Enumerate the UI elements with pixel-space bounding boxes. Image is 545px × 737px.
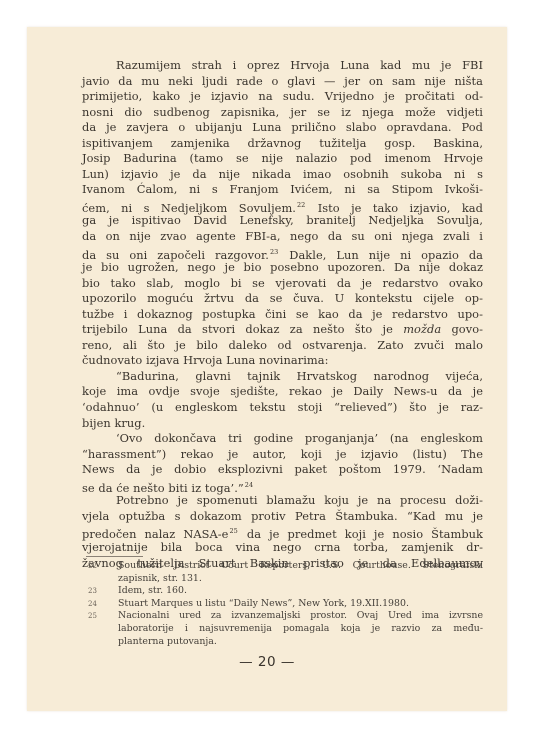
footnote-line: Southern District Court Reporters, U.S. …	[118, 560, 483, 573]
footnotes: 22 Southern District Court Reporters, U.…	[88, 560, 483, 648]
footnote-number: 22	[88, 560, 97, 573]
footnote-22: 22 Southern District Court Reporters, U.…	[88, 560, 483, 585]
footnote-number: 25	[88, 610, 97, 623]
book-page: Razumijem strah i oprez Hrvoja Luna kad …	[27, 27, 507, 711]
text-line: upozorilo moguću žrtvu da se čuva. U kon…	[82, 291, 483, 307]
text-line: Razumijem strah i oprez Hrvoja Luna kad …	[82, 58, 483, 74]
text-line: je bio ugrožen, nego je bio posebno upoz…	[82, 260, 483, 276]
text-line: ćem, ni s Nedjeljkom Sovuljem.22 Isto je…	[82, 198, 483, 214]
text-line: News da je dobio eksplozivni paket pošto…	[82, 462, 483, 478]
page-number: — 20 —	[27, 654, 507, 670]
text-line: primijetio, kako je izjavio na sudu. Vri…	[82, 89, 483, 105]
text-line: “Badurina, glavni tajnik Hrvatskog narod…	[82, 369, 483, 385]
footnote-line: zapisnik, str. 131.	[118, 573, 483, 586]
footnote-ref-23: 23	[270, 248, 278, 256]
footnote-25: 25 Nacionalni ured za izvanzemaljski pro…	[88, 610, 483, 648]
text-line: ‘odahnuo’ (u engleskom tekstu stoji “rel…	[82, 400, 483, 416]
footnote-ref-22: 22	[297, 201, 305, 209]
text-line: bio tako slab, moglo bi se vjerovati da …	[82, 276, 483, 292]
text-line: čudnovato izjava Hrvoja Luna novinarima:	[82, 353, 483, 369]
footnote-24: 24 Stuart Marques u listu “Daily News”, …	[88, 598, 483, 611]
text-line: tužbe i dokaznog postupka čini se kao da…	[82, 307, 483, 323]
footnote-line: Nacionalni ured za izvanzemaljski prosto…	[118, 610, 483, 623]
text-line: Potrebno je spomenuti blamažu koju je na…	[82, 493, 483, 509]
text-line: javio da mu neki ljudi rade o glavi — je…	[82, 74, 483, 90]
footnote-number: 24	[88, 598, 97, 611]
text-line: reno, ali što je bilo daleko od ostvaren…	[82, 338, 483, 354]
text-line: da je zavjera o ubijanju Luna prilično s…	[82, 120, 483, 136]
text-line: koje ima ovdje svoje sjedište, rekao je …	[82, 384, 483, 400]
text-line: ‘Ovo dokončava tri godine proganjanja’ (…	[82, 431, 483, 447]
footnote-line: laboratorije i najsuvremenija pomagala k…	[118, 623, 483, 636]
text-line: nosni dio sudbenog zapisnika, jer se iz …	[82, 105, 483, 121]
text-line: “harassment”) rekao je autor, koji je iz…	[82, 447, 483, 463]
footnote-line: Idem, str. 160.	[118, 585, 483, 598]
text-line: se da će nešto biti iz toga’.”24	[82, 478, 483, 494]
text-line: vjerojatnije bila boca vina nego crna to…	[82, 540, 483, 556]
text-line: Lun) izjavio je da nije nikada imao osob…	[82, 167, 483, 183]
text-line: da su oni započeli razgovor.23 Dakle, Lu…	[82, 245, 483, 261]
footnote-ref-25: 25	[229, 527, 237, 535]
text-line: vjela optužba s dokazom protiv Petra Šta…	[82, 509, 483, 525]
text-line: bijen krug.	[82, 416, 483, 432]
footnote-line: Stuart Marques u listu “Daily News”, New…	[118, 598, 483, 611]
emphasis: možda	[403, 322, 441, 336]
text-line: Ivanom Ćalom, ni s Franjom Ivićem, ni sa…	[82, 182, 483, 198]
text-line: ga je ispitivao David Lenefsky, branitel…	[82, 213, 483, 229]
text-line: Josip Badurina (tamo se nije nalazio pod…	[82, 151, 483, 167]
text-line: da on nije zvao agente FBI-a, nego da su…	[82, 229, 483, 245]
text-line: predočen nalaz NASA-e25 da je predmet ko…	[82, 524, 483, 540]
text-line: trijebilo Luna da stvori dokaz za nešto …	[82, 322, 483, 338]
footnote-line: planterna putovanja.	[118, 636, 483, 649]
footnote-23: 23 Idem, str. 160.	[88, 585, 483, 598]
footnote-separator	[86, 556, 143, 557]
body-text: Razumijem strah i oprez Hrvoja Luna kad …	[82, 58, 483, 571]
footnote-ref-24: 24	[245, 481, 253, 489]
text-line: ispitivanjem zamjenika državnog tužitelj…	[82, 136, 483, 152]
footnote-number: 23	[88, 585, 97, 598]
